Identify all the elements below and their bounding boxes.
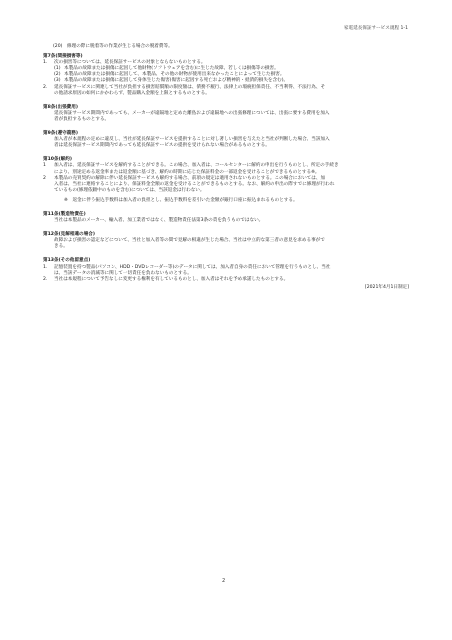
item-20: (20) 修理の際に脱着等の作業が生じる場合の脱着費等。: [43, 44, 409, 50]
page-number: 2: [222, 578, 225, 584]
document-body: (20) 修理の際に脱着等の作業が生じる場合の脱着費等。 第7条(間接損害等) …: [43, 42, 409, 291]
enacted-date: [2021年4月1日制定]: [43, 285, 409, 291]
document-page: 家電延長保証サービス規程 1-1 (20) 修理の際に脱着等の作業が生じる場合の…: [0, 0, 452, 640]
article-13-line-2: 2.当社は本規程について予告なしに変更する権利を有しているものとし、加入者はそれ…: [43, 277, 409, 283]
document-header: 家電延長保証サービス規程 1-1: [344, 25, 408, 31]
